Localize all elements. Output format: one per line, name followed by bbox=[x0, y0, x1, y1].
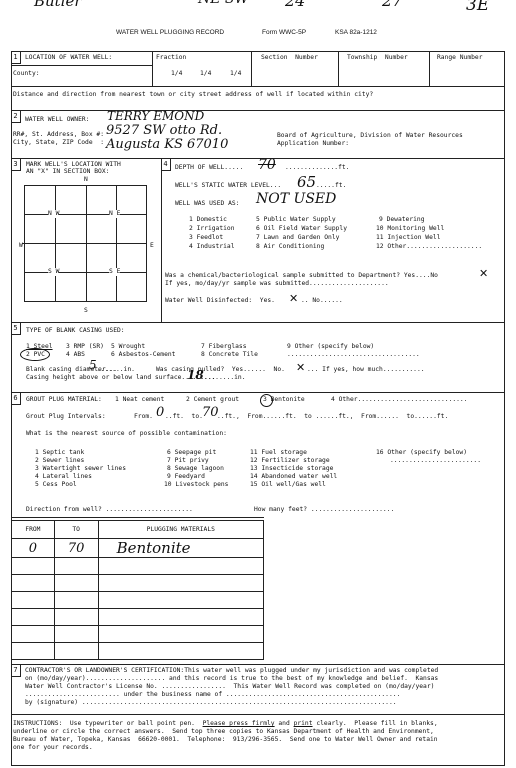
source-option[interactable]: 11 Fuel storage bbox=[250, 449, 307, 457]
source-option[interactable]: 1 Septic tank bbox=[35, 449, 84, 457]
cell-from[interactable] bbox=[12, 609, 55, 626]
form-statute: KSA 82a-1212 bbox=[335, 29, 377, 36]
handwritten-section: 24 bbox=[285, 0, 305, 10]
board-label: Board of Agriculture, Division of Water … bbox=[277, 132, 463, 140]
table-row bbox=[12, 558, 264, 575]
interval-from-value[interactable]: 0 bbox=[156, 405, 164, 420]
city-value[interactable]: Augusta KS 67010 bbox=[106, 137, 228, 152]
application-number-label[interactable]: Application Number: bbox=[277, 140, 349, 148]
source-option[interactable]: 3 Watertight sewer lines bbox=[35, 465, 126, 473]
contamination-question: What is the nearest source of possible c… bbox=[26, 430, 227, 438]
certification-line[interactable]: ......................... under the busi… bbox=[25, 691, 400, 699]
section-number: 2 bbox=[11, 110, 21, 123]
cell-from[interactable] bbox=[12, 575, 55, 592]
instructions-line: Bureau of Water, Topeka, Kansas 66620-00… bbox=[13, 736, 438, 744]
cell-material[interactable] bbox=[98, 643, 263, 660]
interval-from-label: From. bbox=[134, 413, 153, 421]
cell-from[interactable] bbox=[12, 626, 55, 643]
source-option[interactable]: 9 Feedyard bbox=[167, 473, 205, 481]
use-option[interactable]: 3 Feedlot bbox=[189, 234, 223, 242]
static-level-value[interactable]: 65 bbox=[297, 173, 316, 191]
signature-field[interactable]: by (signature) .........................… bbox=[25, 699, 397, 707]
grout-option[interactable]: 1 Neat cement bbox=[115, 396, 164, 404]
static-level-label: WELL'S STATIC WATER LEVEL... bbox=[175, 182, 281, 190]
section-6: 6 GROUT PLUG MATERIAL: 1 Neat cement 2 C… bbox=[11, 392, 505, 664]
instructions-emphasis: Please press firmly bbox=[203, 720, 275, 727]
diameter-value[interactable]: 5 bbox=[89, 358, 97, 372]
use-option[interactable]: 12 Other.................... bbox=[376, 243, 482, 251]
cell-material[interactable] bbox=[98, 575, 263, 592]
casing-type-label: TYPE OF BLANK CASING USED: bbox=[26, 327, 125, 335]
grout-option[interactable]: 4 Other............................. bbox=[331, 396, 467, 404]
use-option[interactable]: 1 Domestic bbox=[189, 216, 227, 224]
cell-from[interactable] bbox=[12, 558, 55, 575]
township-number-label: Township Number bbox=[347, 54, 408, 62]
interval-tail[interactable]: ..ft., From......ft. to ......ft., From.… bbox=[217, 413, 448, 421]
sample-question: Was a chemical/bacteriological sample su… bbox=[165, 272, 438, 280]
county-field[interactable]: County: bbox=[13, 70, 40, 78]
city-label: City, State, ZIP Code : bbox=[13, 139, 104, 147]
use-option[interactable]: 2 Irrigation bbox=[189, 225, 235, 233]
other-casing-field[interactable]: ................................... bbox=[287, 351, 420, 359]
section-4: 4 DEPTH OF WELL..... 70 ..............ft… bbox=[161, 158, 505, 322]
section-2: 2 WATER WELL OWNER: TERRY EMOND RR#, St.… bbox=[11, 110, 505, 158]
depth-label: DEPTH OF WELL..... bbox=[175, 164, 243, 172]
table-row bbox=[12, 609, 264, 626]
disinfected-no-label: .. No...... bbox=[301, 297, 343, 305]
disinfected-label: Water Well Disinfected: Yes. bbox=[165, 297, 275, 305]
section-3: 3 MARK WELL'S LOCATION WITH AN "X" IN SE… bbox=[11, 158, 161, 322]
address-label: RR#, St. Address, Box #: bbox=[13, 131, 104, 139]
form-title: WATER WELL PLUGGING RECORD bbox=[116, 29, 224, 36]
selected-circle-icon bbox=[20, 348, 50, 361]
instructions-line: underline or circle the correct answers.… bbox=[13, 728, 434, 736]
cell-from[interactable] bbox=[12, 592, 55, 609]
use-option[interactable]: 4 Industrial bbox=[189, 243, 235, 251]
owner-label: WATER WELL OWNER: bbox=[25, 116, 89, 124]
use-option[interactable]: 6 Oil Field Water Supply bbox=[256, 225, 347, 233]
casing-option[interactable]: 8 Concrete Tile bbox=[201, 351, 258, 359]
source-option[interactable]: 8 Sewage lagoon bbox=[167, 465, 224, 473]
interval-to-label: ..ft. to. bbox=[165, 413, 203, 421]
table-row bbox=[12, 643, 264, 660]
section-number: 6 bbox=[11, 392, 21, 405]
cell-material[interactable] bbox=[98, 592, 263, 609]
cell-to[interactable] bbox=[54, 592, 98, 609]
plugging-table: FROM TO PLUGGING MATERIALS 0 70 Bentonit… bbox=[11, 520, 264, 660]
instructions-line: one for your records. bbox=[13, 744, 93, 752]
feet-field[interactable]: How many feet? ...................... bbox=[254, 506, 394, 514]
cell-to[interactable] bbox=[54, 609, 98, 626]
static-level-unit: .....ft. bbox=[316, 182, 346, 190]
source-option[interactable]: 10 Livestock pens bbox=[164, 481, 228, 489]
casing-option[interactable]: 5 Wrought bbox=[111, 343, 145, 351]
pulled-label: Was casing pulled? Yes...... No. bbox=[156, 366, 285, 374]
handwritten-fraction: NE SW bbox=[198, 0, 249, 7]
sample-date-label[interactable]: If yes, mo/day/yr sample was submitted..… bbox=[165, 280, 389, 288]
casing-option[interactable]: 4 ABS bbox=[66, 351, 85, 359]
compass-n: N bbox=[84, 176, 88, 184]
section-box-grid[interactable]: N W N E S W S E bbox=[24, 185, 147, 302]
section-number: 7 bbox=[11, 664, 21, 677]
grout-option[interactable]: 2 Cement grout bbox=[186, 396, 239, 404]
compass-s: S bbox=[84, 307, 88, 315]
source-option[interactable]: 12 Fertilizer storage bbox=[250, 457, 330, 465]
compass-nw: N W bbox=[48, 210, 59, 218]
disinfected-yes-check-icon[interactable]: ✕ bbox=[289, 293, 298, 304]
section-number: 5 bbox=[11, 322, 21, 335]
section-number-label: Section Number bbox=[261, 54, 318, 62]
pulled-no-check-icon[interactable]: ✕ bbox=[296, 362, 305, 373]
section-5: 5 TYPE OF BLANK CASING USED: 1 Steel 3 R… bbox=[11, 322, 505, 392]
compass-se: S E bbox=[109, 268, 120, 276]
table-row bbox=[12, 626, 264, 643]
pulled-tail: ... If yes, how much........... bbox=[307, 366, 425, 374]
range-number-label: Range Number bbox=[437, 54, 483, 62]
use-option[interactable]: 8 Air Conditioning bbox=[256, 243, 324, 251]
depth-unit: ..............ft. bbox=[285, 164, 349, 172]
used-as-value[interactable]: NOT USED bbox=[256, 191, 336, 207]
table-row bbox=[12, 592, 264, 609]
casing-option[interactable]: 6 Asbestos-Cement bbox=[111, 351, 175, 359]
cell-material[interactable] bbox=[98, 609, 263, 626]
cell-to[interactable] bbox=[54, 575, 98, 592]
height-unit: .........in. bbox=[200, 374, 246, 382]
section-number: 1 bbox=[11, 51, 21, 64]
source-option[interactable]: 15 Oil well/Gas well bbox=[250, 481, 326, 489]
section-number: 4 bbox=[161, 158, 171, 171]
table-header: FROM TO PLUGGING MATERIALS bbox=[12, 521, 264, 539]
instructions-text: clearly. Please fill in blanks, bbox=[313, 720, 438, 727]
section-1: 1 LOCATION OF WATER WELL: County: Fracti… bbox=[11, 51, 505, 110]
intervals-label: Grout Plug Intervals: bbox=[26, 413, 106, 421]
quarter-3[interactable]: 1/4 bbox=[230, 70, 241, 78]
table-row: 0 70 Bentonite bbox=[12, 539, 264, 558]
source-option[interactable]: 16 Other (specify below) bbox=[376, 449, 467, 457]
used-as-label: WELL WAS USED AS: bbox=[175, 200, 239, 208]
mark-location-label-2: AN "X" IN SECTION BOX: bbox=[26, 168, 109, 176]
cell-to[interactable]: 70 bbox=[54, 539, 98, 558]
grout-label: GROUT PLUG MATERIAL: bbox=[26, 396, 102, 404]
source-option[interactable]: 4 Lateral lines bbox=[35, 473, 92, 481]
casing-option[interactable]: 7 Fiberglass bbox=[201, 343, 247, 351]
section-number: 3 bbox=[11, 158, 21, 171]
source-option[interactable]: 5 Cess Pool bbox=[35, 481, 77, 489]
owner-value[interactable]: TERRY EMOND bbox=[107, 109, 204, 123]
use-option[interactable]: 10 Monitoring Well bbox=[376, 225, 444, 233]
compass-ne: N E bbox=[109, 210, 120, 218]
instructions-prefix: INSTRUCTIONS: Use typewriter or ball poi… bbox=[13, 720, 203, 727]
casing-option[interactable]: 9 Other (specify below) bbox=[287, 343, 374, 351]
quarter-1[interactable]: 1/4 bbox=[171, 70, 182, 78]
source-option[interactable]: 13 Insecticide storage bbox=[250, 465, 333, 473]
compass-sw: S W bbox=[48, 268, 59, 276]
form-number: Form WWC-5P bbox=[262, 29, 306, 36]
diameter-unit: .......in. bbox=[97, 366, 135, 374]
table-row bbox=[12, 575, 264, 592]
casing-option[interactable]: 3 RMP (SR) bbox=[66, 343, 104, 351]
compass-e: E bbox=[150, 242, 154, 250]
cell-material[interactable]: Bentonite bbox=[98, 539, 263, 558]
source-option[interactable]: 14 Abandoned water well bbox=[250, 473, 337, 481]
cell-to[interactable] bbox=[54, 643, 98, 660]
selected-circle-icon bbox=[260, 394, 273, 407]
certification-line: CONTRACTOR'S OR LANDOWNER'S CERTIFICATIO… bbox=[25, 667, 438, 675]
source-option[interactable]: 7 Pit privy bbox=[167, 457, 209, 465]
depth-value[interactable]: 70 bbox=[258, 157, 276, 173]
cell-material[interactable] bbox=[98, 558, 263, 575]
sample-no-check-icon[interactable]: ✕ bbox=[479, 268, 488, 279]
cell-from[interactable]: 0 bbox=[12, 539, 55, 558]
use-option[interactable]: 11 Injection Well bbox=[376, 234, 440, 242]
quarter-2[interactable]: 1/4 bbox=[200, 70, 211, 78]
header-materials: PLUGGING MATERIALS bbox=[98, 521, 263, 539]
use-option[interactable]: 9 Dewatering bbox=[379, 216, 425, 224]
source-option[interactable]: 2 Sewer lines bbox=[35, 457, 84, 465]
handwritten-range: 3E bbox=[466, 0, 489, 15]
use-option[interactable]: 7 Lawn and Garden Only bbox=[256, 234, 339, 242]
certification-line[interactable]: Water Well Contractor's License No. ....… bbox=[25, 683, 434, 691]
location-label: LOCATION OF WATER WELL: bbox=[25, 54, 112, 62]
instructions-emphasis: print bbox=[294, 720, 313, 727]
section-7: 7 CONTRACTOR'S OR LANDOWNER'S CERTIFICAT… bbox=[11, 664, 505, 714]
distance-question: Distance and direction from nearest town… bbox=[13, 91, 373, 99]
address-value[interactable]: 9527 SW otto Rd. bbox=[106, 123, 222, 138]
cell-to[interactable] bbox=[54, 626, 98, 643]
header-from: FROM bbox=[12, 521, 55, 539]
cell-from[interactable] bbox=[12, 643, 55, 660]
fraction-label: Fraction bbox=[156, 54, 186, 62]
instructions-text: and bbox=[275, 720, 294, 727]
cell-material[interactable] bbox=[98, 626, 263, 643]
handwritten-county: Butler bbox=[34, 0, 82, 10]
cell-to[interactable] bbox=[54, 558, 98, 575]
use-option[interactable]: 5 Public Water Supply bbox=[256, 216, 336, 224]
header-to: TO bbox=[54, 521, 98, 539]
certification-line[interactable]: on (mo/day/year)..................... an… bbox=[25, 675, 438, 683]
other-source-field[interactable]: ........................ bbox=[390, 457, 481, 465]
source-option[interactable]: 6 Seepage pit bbox=[167, 449, 216, 457]
direction-field[interactable]: Direction from well? ...................… bbox=[26, 506, 193, 514]
handwritten-township: 27 bbox=[382, 0, 402, 10]
